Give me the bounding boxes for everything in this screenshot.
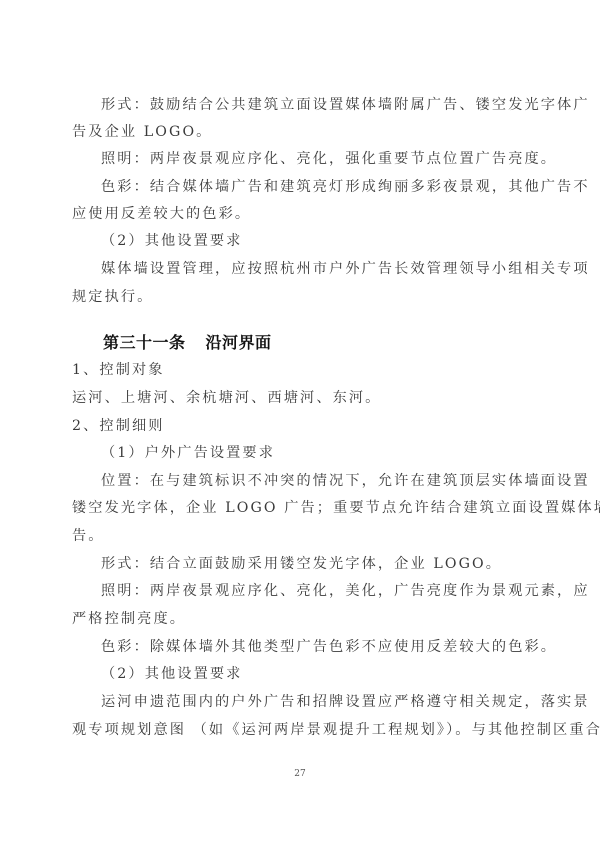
paragraph-line: 照明：两岸夜景观应序化、亮化，强化重要节点位置广告亮度。 [101, 150, 557, 168]
paragraph-line: 告。 [72, 527, 105, 545]
paragraph-line: 位置：在与建筑标识不冲突的情况下，允许在建筑顶层实体墙面设置 [101, 472, 590, 490]
paragraph-line: （2）其他设置要求 [101, 232, 242, 250]
paragraph-line: 形式：结合立面鼓励采用镂空发光字体，企业 LOGO。 [101, 555, 502, 573]
paragraph-line: 形式：鼓励结合公共建筑立面设置媒体墙附属广告、镂空发光字体广 [101, 96, 590, 114]
page-number: 27 [0, 769, 600, 779]
paragraph-line: 媒体墙设置管理，应按照杭州市户外广告长效管理领导小组相关专项 [101, 260, 590, 278]
paragraph-line: 规定执行。 [72, 288, 153, 306]
article-number: 第三十一条 [103, 333, 186, 352]
paragraph-line: 照明：两岸夜景观应序化、亮化，美化，广告亮度作为景观元素，应 [101, 582, 590, 600]
paragraph-line: 告及企业 LOGO。 [72, 123, 212, 141]
document-page: 形式：鼓励结合公共建筑立面设置媒体墙附属广告、镂空发光字体广 告及企业 LOGO… [0, 0, 600, 848]
paragraph-line: 镂空发光字体，企业 LOGO 广告；重要节点允许结合建筑立面设置媒体墙广 [72, 499, 600, 517]
paragraph-line: 色彩：结合媒体墙广告和建筑亮灯形成绚丽多彩夜景观，其他广告不 [101, 178, 590, 196]
paragraph-line: 运河、上塘河、余杭塘河、西塘河、东河。 [72, 389, 381, 407]
paragraph-line: （1）户外广告设置要求 [101, 444, 275, 462]
paragraph-line: （2）其他设置要求 [101, 665, 242, 683]
paragraph-line: 1、控制对象 [72, 361, 165, 379]
paragraph-line: 严格控制亮度。 [72, 610, 186, 628]
paragraph-line: 观专项规划意图 （如《运河两岸景观提升工程规划》）。与其他控制区重合 [72, 721, 600, 739]
paragraph-line: 运河申遗范围内的户外广告和招牌设置应严格遵守相关规定，落实景 [101, 693, 590, 711]
paragraph-line: 2、控制细则 [72, 417, 165, 435]
paragraph-line: 色彩：除媒体墙外其他类型广告色彩不应使用反差较大的色彩。 [101, 638, 557, 656]
section-heading: 第三十一条沿河界面 [103, 330, 272, 353]
paragraph-line: 应使用反差较大的色彩。 [72, 205, 251, 223]
article-title: 沿河界面 [206, 333, 272, 352]
